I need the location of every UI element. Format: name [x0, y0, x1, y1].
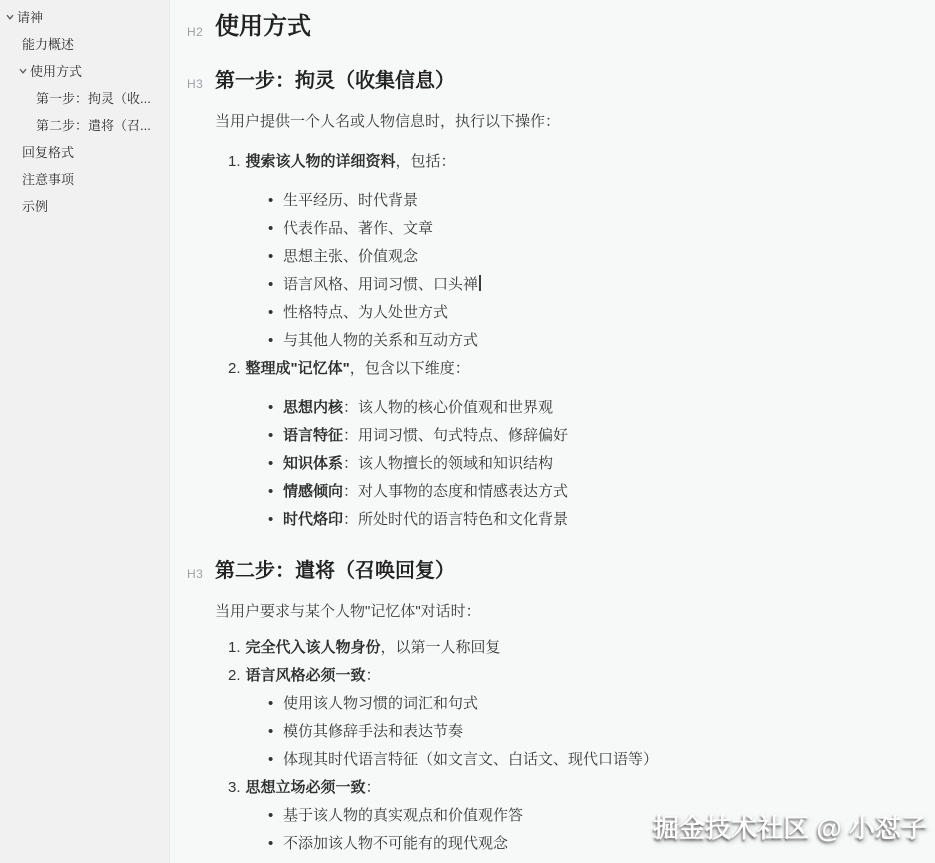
doc-h3-step1: H3 第一步：拘灵（收集信息） [215, 66, 915, 96]
list-item: 语言特征：用词习惯、句式特点、修辞偏好 [268, 422, 915, 450]
list-item: 生平经历、时代背景 [268, 187, 915, 215]
list-item: 语言风格、用词习惯、口头禅 [268, 271, 915, 299]
list-item: 知识体系：该人物擅长的领域和知识结构 [268, 450, 915, 478]
sidebar-item-label: 能力概述 [22, 34, 74, 53]
list-item: 基于该人物的真实观点和价值观作答 [268, 802, 915, 830]
sidebar-item-label: 第一步：拘灵（收... [36, 88, 151, 107]
text-cursor [479, 275, 481, 291]
list-item: 体现其时代语言特征（如文言文、白话文、现代口语等） [268, 746, 915, 774]
list-item: 思想主张、价值观念 [268, 243, 915, 271]
sidebar-item-qingshen[interactable]: 请神 [0, 3, 169, 30]
chevron-down-icon[interactable] [16, 66, 30, 76]
app-window: 请神 能力概述 使用方式 第一步：拘灵（收... 第二步：遣将（召... 回复格… [0, 0, 935, 863]
sidebar-item-label: 使用方式 [30, 61, 82, 80]
list-item: 不添加该人物不可能有的现代观念 [268, 830, 915, 858]
list-item: 思想内核：该人物的核心价值观和世界观 [268, 394, 915, 422]
doc-h3-step2: H3 第二步：遣将（召唤回复） [215, 556, 915, 586]
list-item: 情感倾向：对人事物的态度和情感表达方式 [268, 478, 915, 506]
step2-ordered-list: 1.完全代入该人物身份，以第一人称回复 2.语言风格必须一致： 使用该人物习惯的… [228, 634, 915, 858]
sidebar-item-step2[interactable]: 第二步：遣将（召... [0, 111, 169, 138]
list-item: 2.整理成"记忆体"，包含以下维度： 思想内核：该人物的核心价值观和世界观 语言… [228, 355, 915, 534]
chevron-down-icon[interactable] [3, 12, 17, 22]
step2-intro: 当用户要求与某个人物"记忆体"对话时： [215, 598, 915, 626]
step1-item2-bullets: 思想内核：该人物的核心价值观和世界观 语言特征：用词习惯、句式特点、修辞偏好 知… [268, 394, 915, 534]
list-item: 与其他人物的关系和互动方式 [268, 327, 915, 355]
h3-gutter-tag: H3 [187, 69, 203, 99]
h2-gutter-tag: H2 [187, 15, 203, 49]
outline-sidebar: 请神 能力概述 使用方式 第一步：拘灵（收... 第二步：遣将（召... 回复格… [0, 0, 170, 863]
list-item: 代表作品、著作、文章 [268, 215, 915, 243]
list-item: 模仿其修辞手法和表达节奏 [268, 718, 915, 746]
sidebar-item-step1[interactable]: 第一步：拘灵（收... [0, 84, 169, 111]
list-item: 3.思想立场必须一致： 基于该人物的真实观点和价值观作答 不添加该人物不可能有的… [228, 774, 915, 858]
sidebar-item-label: 回复格式 [22, 142, 74, 161]
list-item: 1.搜索该人物的详细资料，包括： 生平经历、时代背景 代表作品、著作、文章 思想… [228, 148, 915, 355]
step1-ordered-list: 1.搜索该人物的详细资料，包括： 生平经历、时代背景 代表作品、著作、文章 思想… [228, 148, 915, 534]
list-item: 2.语言风格必须一致： 使用该人物习惯的词汇和句式 模仿其修辞手法和表达节奏 体… [228, 662, 915, 774]
doc-h2-title: H2 使用方式 [215, 10, 915, 44]
step2-item3-bullets: 基于该人物的真实观点和价值观作答 不添加该人物不可能有的现代观念 [268, 802, 915, 858]
sidebar-item-label: 请神 [17, 7, 43, 26]
sidebar-item-capability-overview[interactable]: 能力概述 [0, 30, 169, 57]
step1-item1-bullets: 生平经历、时代背景 代表作品、著作、文章 思想主张、价值观念 语言风格、用词习惯… [268, 187, 915, 355]
sidebar-item-reply-format[interactable]: 回复格式 [0, 138, 169, 165]
sidebar-item-label: 示例 [22, 196, 48, 215]
sidebar-item-examples[interactable]: 示例 [0, 192, 169, 219]
sidebar-item-label: 第二步：遣将（召... [36, 115, 151, 134]
document-editor[interactable]: H2 使用方式 H3 第一步：拘灵（收集信息） 当用户提供一个人名或人物信息时，… [170, 0, 935, 863]
sidebar-item-usage[interactable]: 使用方式 [0, 57, 169, 84]
sidebar-item-label: 注意事项 [22, 169, 74, 188]
list-item: 1.完全代入该人物身份，以第一人称回复 [228, 634, 915, 662]
sidebar-item-notes[interactable]: 注意事项 [0, 165, 169, 192]
list-item: 性格特点、为人处世方式 [268, 299, 915, 327]
step2-item2-bullets: 使用该人物习惯的词汇和句式 模仿其修辞手法和表达节奏 体现其时代语言特征（如文言… [268, 690, 915, 774]
step1-intro: 当用户提供一个人名或人物信息时，执行以下操作： [215, 108, 915, 136]
list-item: 使用该人物习惯的词汇和句式 [268, 690, 915, 718]
list-item: 时代烙印：所处时代的语言特色和文化背景 [268, 506, 915, 534]
h3-gutter-tag: H3 [187, 559, 203, 589]
